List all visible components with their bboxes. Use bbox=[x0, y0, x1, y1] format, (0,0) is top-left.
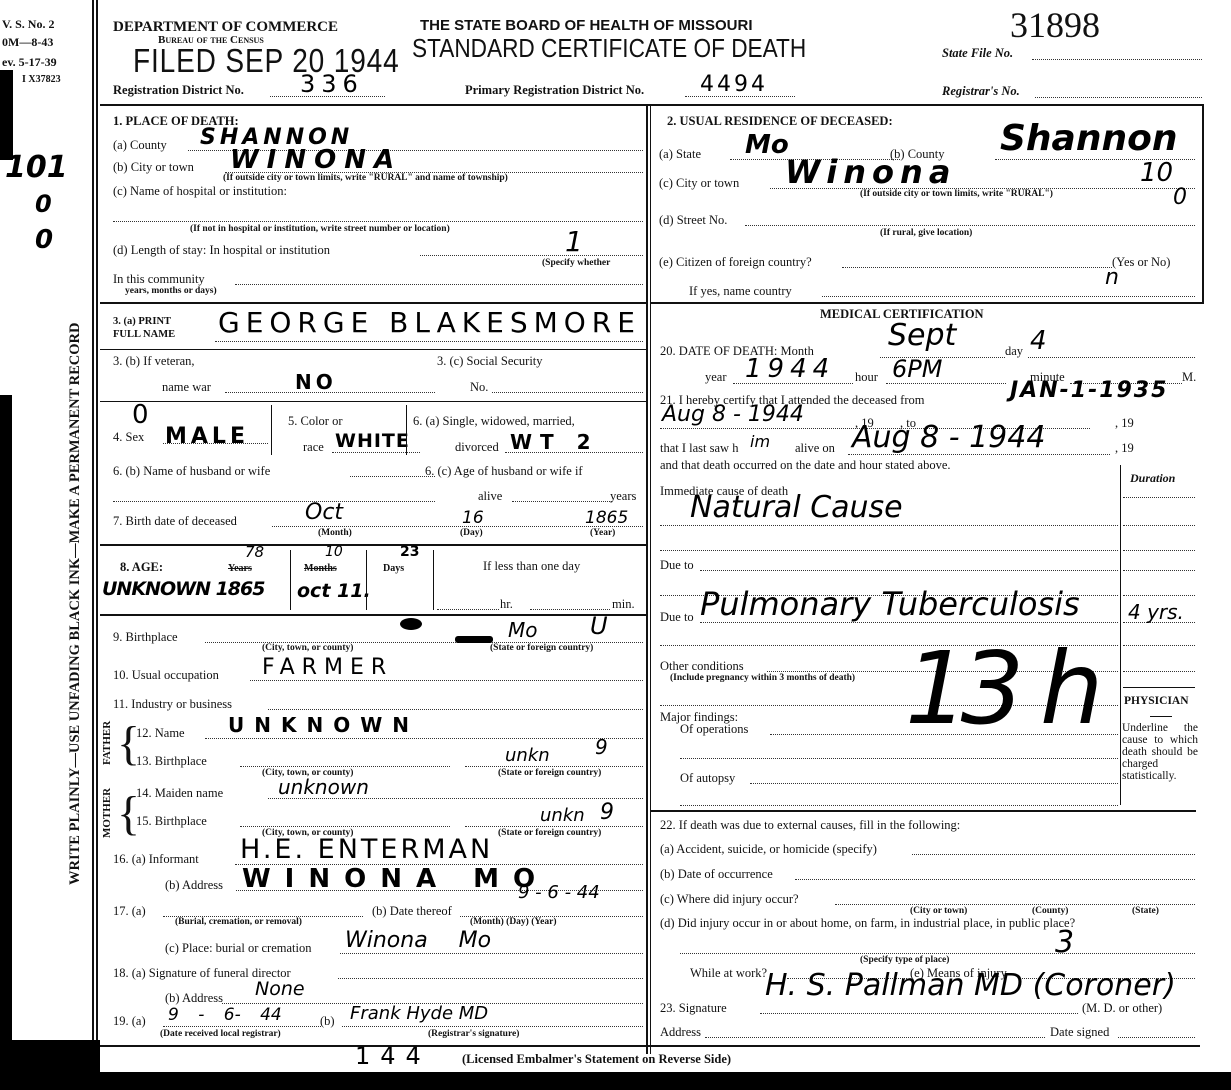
veteran-label-2: name war bbox=[162, 380, 211, 395]
primary-district-value: 4494 bbox=[700, 72, 768, 97]
street-hint: (If rural, give location) bbox=[880, 228, 972, 238]
dotted-line bbox=[338, 978, 643, 979]
lastseen-alive: alive on bbox=[795, 441, 835, 456]
dotted-line bbox=[1123, 671, 1195, 672]
dotted-line bbox=[745, 225, 1195, 226]
birthplace-mark: U bbox=[590, 612, 608, 640]
hospital-label: (c) Name of hospital or institution: bbox=[113, 184, 287, 199]
occupation-label: 10. Usual occupation bbox=[113, 668, 219, 683]
community-hint: years, months or days) bbox=[125, 286, 217, 296]
dotted-line bbox=[1118, 1037, 1195, 1038]
dotted-line bbox=[660, 525, 1118, 526]
registration-district-label: Registration District No. bbox=[113, 83, 244, 98]
informant-address-value[interactable]: WINONA MO bbox=[242, 864, 549, 894]
lastseen-19: , 19 bbox=[1115, 441, 1134, 456]
dotted-line bbox=[842, 267, 1112, 268]
date-signed-label: Date signed bbox=[1050, 1025, 1109, 1040]
birthplace-value[interactable]: Mo bbox=[508, 618, 538, 642]
date-thereof-value[interactable]: 9 - 6 - 44 bbox=[518, 882, 600, 903]
dotted-line bbox=[822, 296, 1195, 297]
registrar-signature[interactable]: Frank Hyde MD bbox=[350, 1003, 488, 1024]
ink-blot bbox=[400, 618, 422, 630]
father-birthplace-value[interactable]: unkn bbox=[505, 745, 550, 766]
city-hint: (If outside city or town limits, write "… bbox=[860, 189, 1053, 199]
dotted-line bbox=[1032, 59, 1202, 60]
external-c-label: (c) Where did injury occur? bbox=[660, 892, 799, 907]
other-hint: (Include pregnancy within 3 months of de… bbox=[670, 673, 855, 683]
due2-duration[interactable]: 4 yrs. bbox=[1128, 600, 1184, 624]
certificate-title: STANDARD CERTIFICATE OF DEATH bbox=[412, 33, 806, 64]
due1-label: Due to bbox=[660, 558, 694, 573]
age-days-value[interactable]: 23 bbox=[400, 544, 419, 560]
age-days-label: Days bbox=[383, 563, 404, 574]
citizen-hint: (Yes or No) bbox=[1112, 255, 1170, 270]
hospital-hint: (If not in hospital or institution, writ… bbox=[190, 224, 450, 234]
dotted-line bbox=[1035, 97, 1202, 98]
stay-hint: (Specify whether bbox=[542, 258, 610, 268]
scan-shadow-bottom bbox=[0, 1072, 1231, 1090]
race-value[interactable]: WHITE bbox=[335, 430, 410, 452]
dotted-line bbox=[240, 826, 450, 827]
less-day-label: If less than one day bbox=[483, 559, 580, 574]
scan-shadow bbox=[0, 395, 12, 1065]
ssn-label-1: 3. (c) Social Security bbox=[437, 354, 543, 369]
marital-label-2: divorced bbox=[455, 440, 499, 455]
spouse-label: 6. (b) Name of husband or wife bbox=[113, 464, 270, 479]
occurred-label: and that death occurred on the date and … bbox=[660, 458, 951, 473]
received-value[interactable]: 9 - 6- 44 bbox=[168, 1005, 282, 1025]
center-divider bbox=[646, 104, 648, 1054]
dotted-line bbox=[750, 783, 1118, 784]
informant-address-label: (b) Address bbox=[165, 878, 223, 893]
frame-right bbox=[1202, 104, 1204, 304]
dotted-line bbox=[530, 609, 610, 610]
director-address-label: (b) Address bbox=[165, 991, 223, 1006]
received-label: 19. (a) bbox=[113, 1014, 146, 1029]
dotted-line bbox=[235, 284, 643, 285]
dotted-line bbox=[705, 1037, 1045, 1038]
marital-label-1: 6. (a) Single, widowed, married, bbox=[413, 414, 575, 429]
lastseen-label: that I last saw h bbox=[660, 441, 738, 456]
operations-label: Of operations bbox=[680, 722, 748, 737]
d-hint: (Specify type of place) bbox=[860, 955, 949, 965]
father-name-value[interactable]: UNKNOWN bbox=[228, 713, 419, 737]
attend-line2[interactable]: Aug 8 - 1944 bbox=[662, 402, 804, 427]
occupation-value[interactable]: FARMER bbox=[262, 655, 393, 680]
divider bbox=[1150, 716, 1172, 717]
age-note-2: oct 11. bbox=[297, 580, 371, 602]
age-label: 8. AGE: bbox=[120, 560, 163, 575]
d-mark: 3 bbox=[1055, 925, 1074, 960]
father-birthplace-mark: 9 bbox=[595, 735, 608, 759]
year-label: year bbox=[705, 370, 727, 385]
hr-label: hr. bbox=[500, 597, 513, 612]
dod-day[interactable]: 4 bbox=[1030, 326, 1047, 356]
external-d-label: (d) Did injury occur in or about home, o… bbox=[660, 916, 1075, 931]
veteran-label-1: 3. (b) If veteran, bbox=[113, 354, 195, 369]
dotted-line bbox=[512, 501, 612, 502]
dotted-line bbox=[1028, 357, 1195, 358]
footer-number: 144 bbox=[355, 1042, 431, 1070]
dotted-line bbox=[268, 709, 643, 710]
form-code-1: V. S. No. 2 bbox=[2, 17, 54, 32]
scan-shadow bbox=[0, 70, 13, 160]
birth-month[interactable]: Oct bbox=[305, 500, 343, 525]
signature-value[interactable]: H. S. Pallman MD (Coroner) bbox=[765, 968, 1176, 1003]
duration-divider bbox=[1120, 465, 1121, 805]
form-code-3: ev. 5-17-39 bbox=[2, 55, 57, 70]
birthplace-label: 9. Birthplace bbox=[113, 630, 178, 645]
name-label-1: 3. (a) PRINT bbox=[113, 316, 171, 327]
sex-value[interactable]: MALE bbox=[165, 424, 249, 449]
dotted-line bbox=[215, 341, 643, 342]
registrar-b-label: (b) bbox=[320, 1014, 335, 1029]
dotted-line bbox=[465, 766, 643, 767]
father-name-label: 12. Name bbox=[136, 726, 185, 741]
street-label: (d) Street No. bbox=[659, 213, 727, 228]
city-hint: (If outside city or town limits, write "… bbox=[223, 173, 508, 183]
dotted-line bbox=[1123, 570, 1195, 571]
registrar-signature-hint: (Registrar's signature) bbox=[428, 1029, 519, 1039]
margin-rule bbox=[92, 0, 94, 1065]
board-title: THE STATE BOARD OF HEALTH OF MISSOURI bbox=[420, 17, 753, 34]
registrar-label: Registrar's No. bbox=[942, 84, 1020, 99]
city-value[interactable]: Winona bbox=[785, 153, 956, 191]
birth-day-hint: (Day) bbox=[460, 528, 483, 538]
c-hint-city: (City or town) bbox=[910, 906, 967, 916]
divider bbox=[100, 302, 646, 304]
stay-label: (d) Length of stay: In hospital or insti… bbox=[113, 243, 330, 258]
informant-value[interactable]: H.E. ENTERMAN bbox=[240, 834, 493, 865]
father-side-label: FATHER bbox=[101, 721, 113, 765]
dod-hour[interactable]: 6PM bbox=[892, 355, 942, 383]
address-label: Address bbox=[660, 1025, 701, 1040]
director-address-value[interactable]: None bbox=[255, 978, 305, 1000]
work-label: While at work? bbox=[690, 966, 767, 981]
dotted-line bbox=[660, 550, 1118, 551]
footer-note: (Licensed Embalmer's Statement on Revers… bbox=[462, 1052, 731, 1067]
divider bbox=[100, 349, 646, 350]
dotted-line bbox=[680, 758, 1118, 759]
external-b-label: (b) Date of occurrence bbox=[660, 867, 773, 882]
due2-label: Due to bbox=[660, 610, 694, 625]
dotted-line bbox=[240, 766, 450, 767]
country-label: If yes, name country bbox=[689, 284, 792, 299]
registration-district-value: 336 bbox=[300, 70, 364, 98]
divider bbox=[651, 302, 1204, 304]
dotted-line bbox=[342, 1026, 643, 1027]
dod-year[interactable]: 1944 bbox=[745, 354, 835, 384]
dotted-line bbox=[1123, 525, 1195, 526]
physician-heading: PHYSICIAN bbox=[1124, 695, 1189, 707]
dotted-line bbox=[1123, 497, 1195, 498]
dotted-line bbox=[250, 680, 643, 681]
ssn-label-2: No. bbox=[470, 380, 488, 395]
immediate-value[interactable]: Natural Cause bbox=[690, 490, 903, 525]
due2-value[interactable]: Pulmonary Tuberculosis bbox=[700, 585, 1080, 623]
divider bbox=[100, 544, 646, 546]
race-label-2: race bbox=[303, 440, 324, 455]
mother-birthplace-mark: 9 bbox=[600, 800, 614, 825]
spouse-age-unit: years bbox=[610, 489, 636, 504]
birthplace-state-hint: (State or foreign country) bbox=[490, 643, 593, 653]
sex-label: 4. Sex bbox=[113, 430, 144, 445]
c-hint-county: (County) bbox=[1032, 906, 1068, 916]
section-heading: 2. USUAL RESIDENCE OF DECEASED: bbox=[667, 114, 893, 129]
attend-from[interactable]: JAN-1-1935 bbox=[1010, 378, 1168, 403]
mother-birthplace-value[interactable]: unkn bbox=[540, 805, 585, 826]
signature-hint: (M. D. or other) bbox=[1082, 1001, 1162, 1016]
attend-19-b: , 19 bbox=[1115, 416, 1134, 431]
lastseen-value[interactable]: Aug 8 - 1944 bbox=[852, 420, 1045, 455]
state-value[interactable]: Mo bbox=[745, 130, 789, 160]
frame-bottom bbox=[100, 1045, 1200, 1047]
city-label: (c) City or town bbox=[659, 176, 739, 191]
age-months-label: Months bbox=[304, 563, 337, 574]
burial-label: 17. (a) bbox=[113, 904, 146, 919]
mother-name-label: 14. Maiden name bbox=[136, 786, 223, 801]
mother-name-value[interactable]: unknown bbox=[278, 775, 369, 799]
date-thereof-hint: (Month) (Day) (Year) bbox=[470, 917, 557, 927]
dotted-line bbox=[680, 953, 1195, 954]
dotted-line bbox=[113, 501, 435, 502]
county-value[interactable]: Shannon bbox=[1000, 118, 1177, 159]
dotted-line bbox=[700, 570, 1118, 571]
county-label: (a) County bbox=[113, 138, 167, 153]
dod-month[interactable]: Sept bbox=[888, 318, 956, 353]
dotted-line bbox=[835, 904, 1195, 905]
birth-month-hint: (Month) bbox=[318, 528, 352, 538]
dotted-line bbox=[113, 221, 643, 222]
c-hint-state: (State) bbox=[1132, 906, 1159, 916]
name-label-2: FULL NAME bbox=[113, 329, 175, 340]
place-burial-value[interactable]: Winona Mo bbox=[345, 928, 491, 953]
mother-birthplace-label: 15. Birthplace bbox=[136, 814, 207, 829]
citizen-value[interactable]: n bbox=[1105, 265, 1119, 290]
divider bbox=[366, 550, 367, 610]
signature-label: 23. Signature bbox=[660, 1001, 727, 1016]
dotted-line bbox=[795, 879, 1195, 880]
margin-mark-2: 0 bbox=[35, 190, 52, 218]
place-burial-label: (c) Place: burial or cremation bbox=[165, 941, 311, 956]
dotted-line bbox=[350, 476, 435, 477]
dotted-line bbox=[680, 805, 1118, 806]
birth-day[interactable]: 16 bbox=[462, 508, 484, 528]
received-hint: (Date received local registrar) bbox=[160, 1029, 281, 1039]
burial-hint: (Burial, cremation, or removal) bbox=[175, 917, 302, 927]
veteran-value[interactable]: NO bbox=[295, 370, 337, 394]
duration-label: Duration bbox=[1130, 471, 1175, 486]
birthplace-city-hint: (City, town, or county) bbox=[262, 643, 353, 653]
city-label: (b) City or town bbox=[113, 160, 194, 175]
dotted-line bbox=[912, 854, 1195, 855]
margin-rule bbox=[96, 0, 98, 1065]
dotted-line bbox=[886, 383, 1006, 384]
mother-state-hint: (State or foreign country) bbox=[498, 828, 601, 838]
mother-side-label: MOTHER bbox=[101, 788, 113, 838]
divider bbox=[290, 550, 291, 610]
other-label: Other conditions bbox=[660, 659, 744, 674]
state-file-label: State File No. bbox=[942, 46, 1013, 61]
code-mark: 13 h bbox=[905, 630, 1095, 747]
scan-shadow-bottom-left bbox=[0, 1040, 100, 1090]
divider bbox=[406, 405, 407, 455]
father-state-hint: (State or foreign country) bbox=[498, 768, 601, 778]
marital-value[interactable]: WT 2 bbox=[510, 430, 599, 454]
age-years-value[interactable]: 78 bbox=[245, 543, 264, 561]
race-label-1: 5. Color or bbox=[288, 414, 343, 429]
spouse-age-label-1: 6. (c) Age of husband or wife if bbox=[425, 464, 583, 479]
ink-blot bbox=[455, 636, 493, 643]
city-value[interactable]: WINONA bbox=[230, 145, 402, 175]
autopsy-label: Of autopsy bbox=[680, 771, 735, 786]
date-thereof-label: (b) Date thereof bbox=[372, 904, 452, 919]
m-label: M. bbox=[1182, 370, 1196, 385]
divider bbox=[1123, 687, 1195, 688]
margin-mark-1: 101 bbox=[5, 150, 68, 185]
external-heading: 22. If death was due to external causes,… bbox=[660, 818, 960, 833]
dotted-line bbox=[465, 826, 643, 827]
external-a-label: (a) Accident, suicide, or homicide (spec… bbox=[660, 842, 877, 857]
divider bbox=[433, 550, 434, 610]
hour-label: hour bbox=[855, 370, 878, 385]
dotted-line bbox=[420, 255, 643, 256]
birth-year[interactable]: 1865 bbox=[585, 508, 628, 528]
age-years-label: Years bbox=[228, 563, 252, 574]
dotted-line bbox=[1123, 645, 1195, 646]
margin-mark-3: 0 bbox=[35, 225, 53, 255]
state-label: (a) State bbox=[659, 147, 701, 162]
sex-mark: 0 bbox=[132, 400, 149, 430]
industry-label: 11. Industry or business bbox=[113, 697, 232, 712]
divider bbox=[100, 614, 646, 616]
dotted-line bbox=[163, 1026, 321, 1027]
dotted-line bbox=[340, 953, 643, 954]
spouse-age-label-2: alive bbox=[478, 489, 502, 504]
physician-note: Underline the cause to which death shoul… bbox=[1122, 722, 1198, 782]
informant-label: 16. (a) Informant bbox=[113, 852, 199, 867]
city-margin-mark: 10 bbox=[1140, 158, 1173, 188]
birth-label: 7. Birth date of deceased bbox=[113, 514, 237, 529]
primary-district-label: Primary Registration District No. bbox=[465, 83, 644, 98]
dotted-line bbox=[437, 609, 499, 610]
lastseen-him[interactable]: im bbox=[750, 432, 770, 451]
dotted-line bbox=[205, 738, 643, 739]
vertical-notice: WRITE PLAINLY—USE UNFADING BLACK INK—MAK… bbox=[67, 323, 84, 885]
father-birthplace-label: 13. Birthplace bbox=[136, 754, 207, 769]
dotted-line bbox=[1123, 550, 1195, 551]
day-label: day bbox=[1005, 344, 1023, 359]
frame-top bbox=[100, 104, 1204, 106]
full-name-value[interactable]: GEORGE BLAKESMORE bbox=[218, 306, 641, 339]
dotted-line bbox=[770, 734, 1118, 735]
center-divider bbox=[650, 104, 651, 1054]
age-note: UNKNOWN 1865 bbox=[102, 578, 264, 600]
left-margin: V. S. No. 2 0M—8-43 ev. 5-17-39 I X37823… bbox=[0, 0, 100, 1090]
dotted-line bbox=[760, 1013, 1078, 1014]
min-label: min. bbox=[612, 597, 635, 612]
age-months-value[interactable]: 10 bbox=[325, 544, 343, 560]
form-code-4: I X37823 bbox=[22, 74, 61, 85]
dotted-line bbox=[1123, 595, 1195, 596]
birth-year-hint: (Year) bbox=[590, 528, 615, 538]
state-file-number: 31898 bbox=[1010, 4, 1100, 46]
divider bbox=[271, 405, 272, 455]
divider bbox=[100, 401, 646, 402]
citizen-label: (e) Citizen of foreign country? bbox=[659, 255, 812, 270]
form-code-2: 0M—8-43 bbox=[2, 35, 53, 50]
divider bbox=[651, 810, 1196, 812]
community-label: In this community bbox=[113, 272, 205, 287]
dotted-line bbox=[492, 392, 643, 393]
stay-value[interactable]: 1 bbox=[565, 225, 583, 258]
margin-mark: 0 bbox=[1173, 185, 1187, 210]
